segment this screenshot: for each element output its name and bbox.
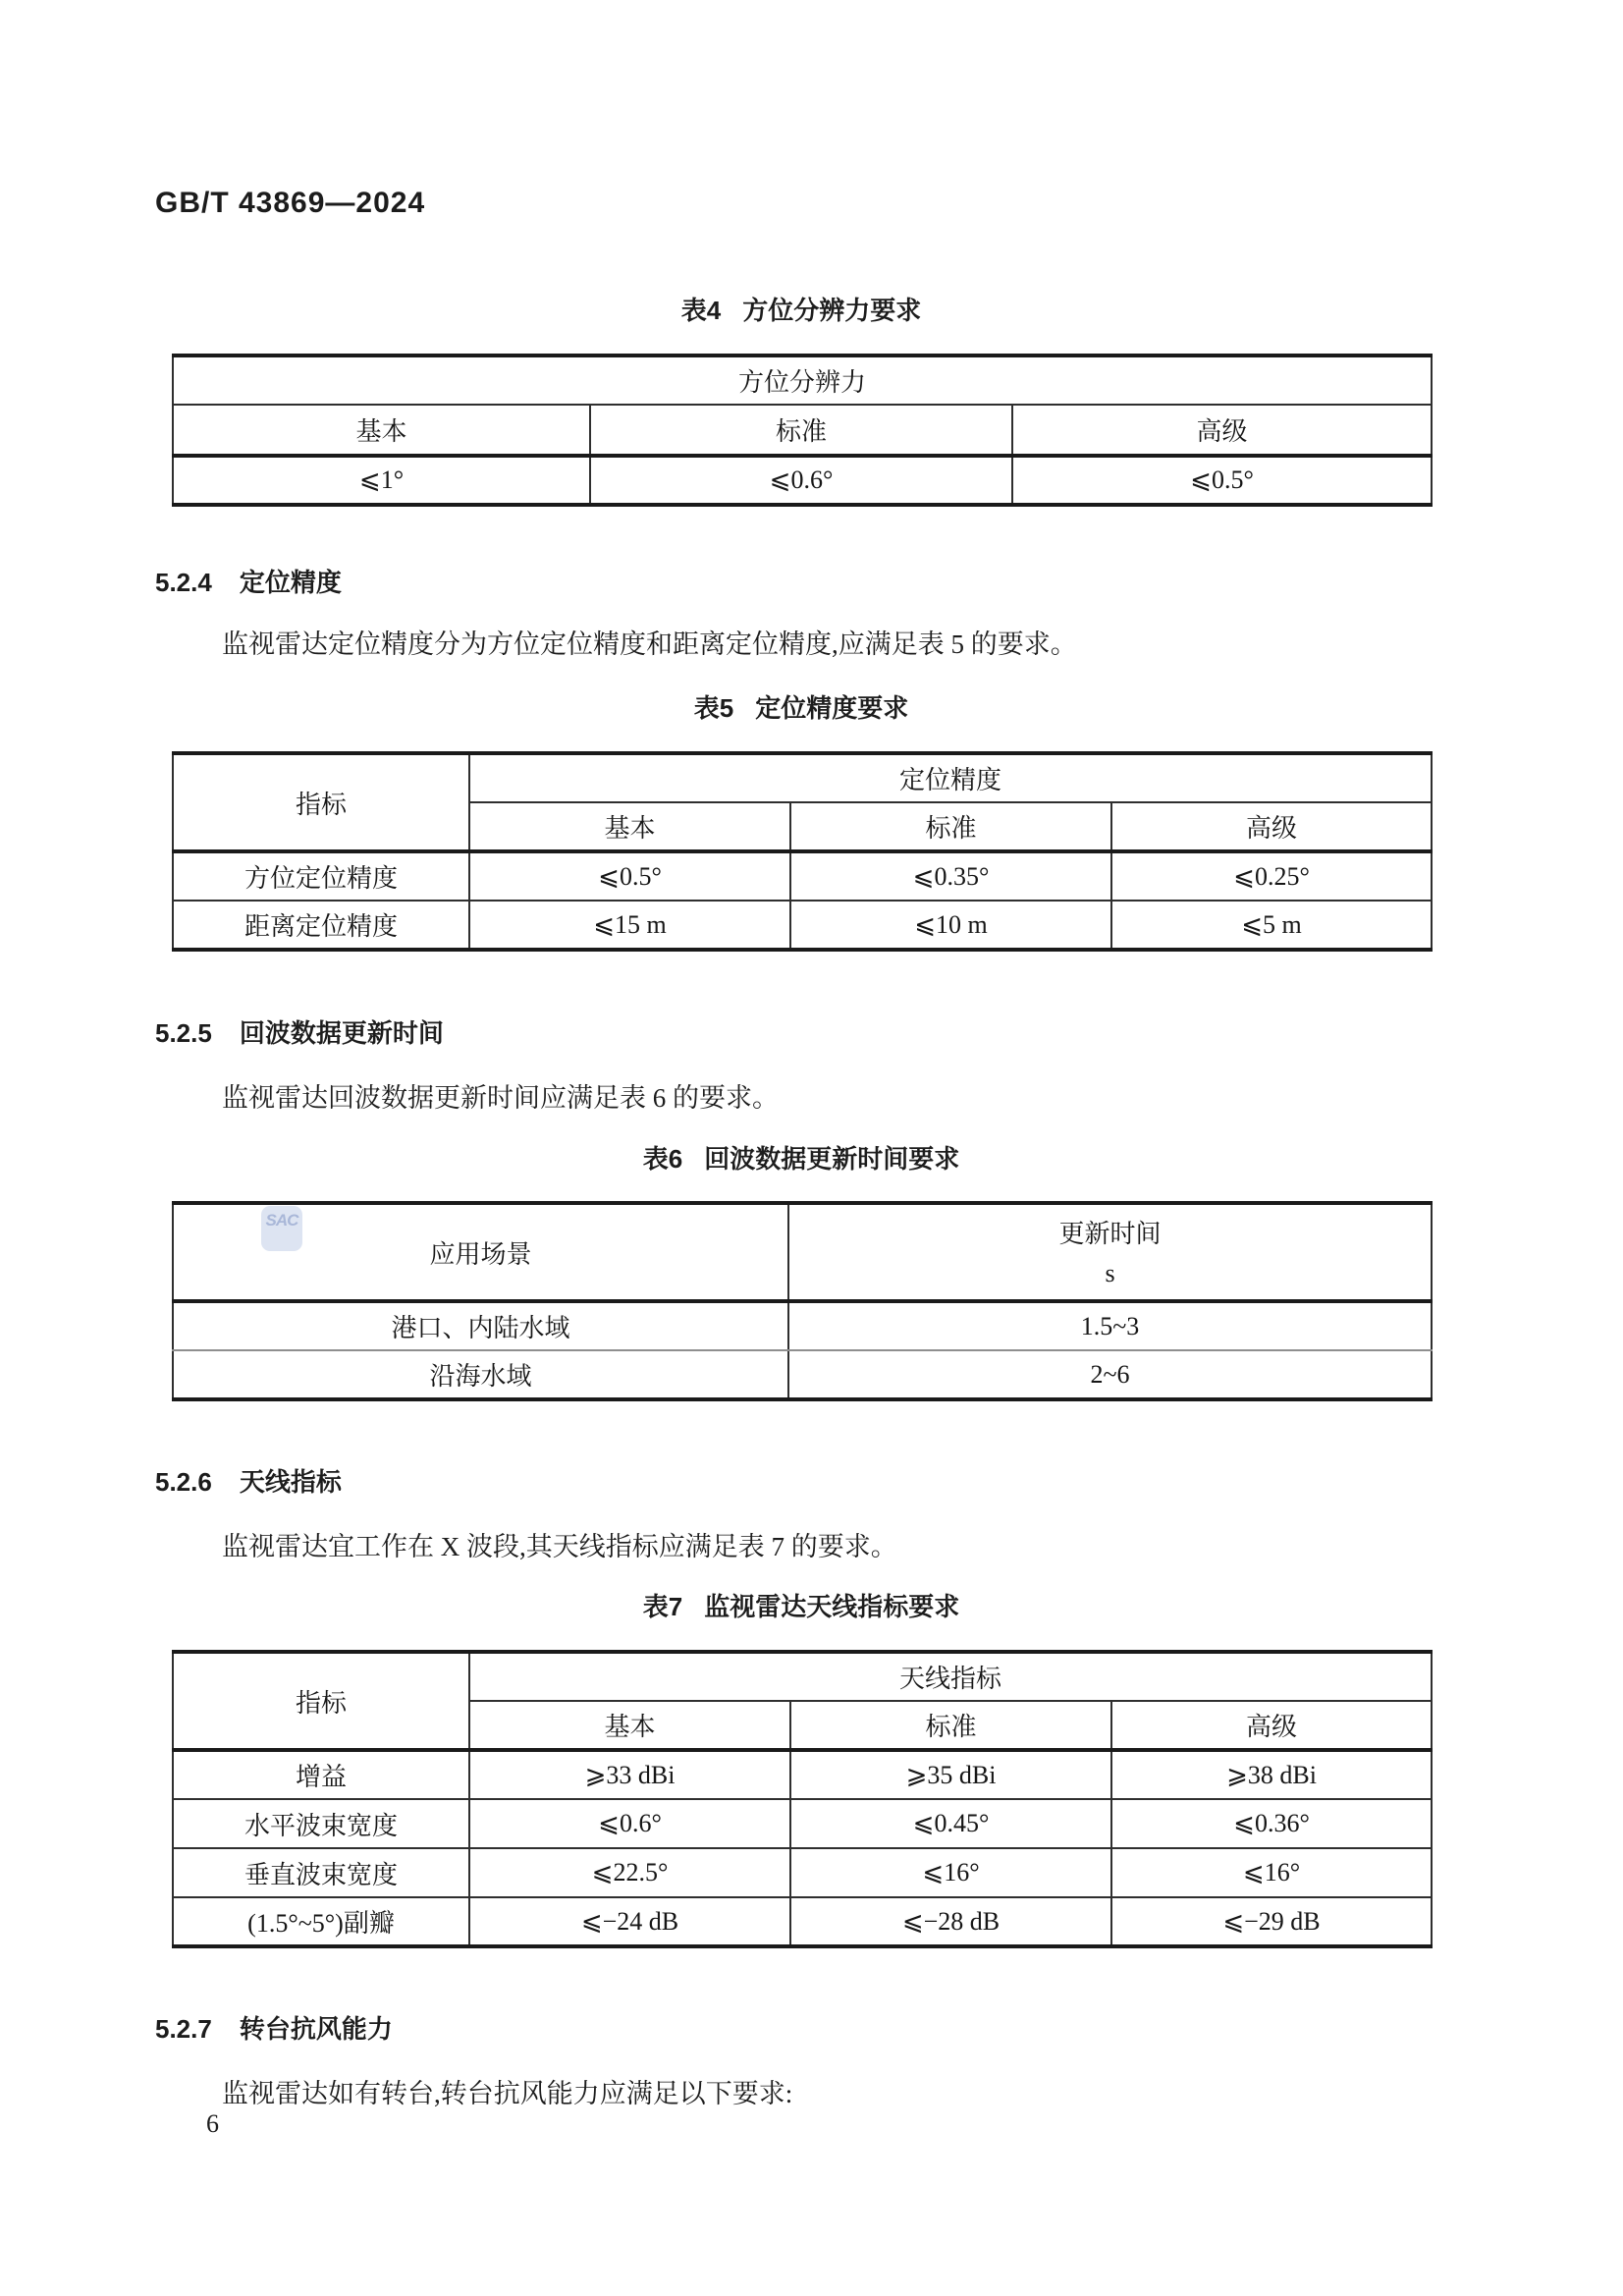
table7-row2-basic: ⩽0.6°	[469, 1799, 790, 1848]
table5-group-header: 定位精度	[469, 753, 1432, 802]
section-number: 5.2.7	[155, 2014, 212, 2044]
table7-row4-standard: ⩽−28 dB	[790, 1897, 1111, 1946]
table6-caption-label: 表6	[643, 1144, 682, 1174]
table4-caption-label: 表4	[681, 296, 721, 325]
table7-row1-advanced: ⩾38 dBi	[1111, 1750, 1432, 1799]
table4-value-basic: ⩽1°	[173, 456, 590, 505]
section-number: 5.2.4	[155, 568, 212, 597]
table7-row1-basic: ⩾33 dBi	[469, 1750, 790, 1799]
table5-row1-advanced: ⩽0.25°	[1111, 851, 1432, 901]
table6-update-time-unit: s	[789, 1261, 1431, 1286]
table5-row2-advanced: ⩽5 m	[1111, 901, 1432, 950]
table5-positioning-accuracy: 指标 定位精度 基本 标准 高级 方位定位精度 ⩽0.5° ⩽0.35° ⩽0.…	[172, 751, 1433, 952]
section-paragraph-5-2-4: 监视雷达定位精度分为方位定位精度和距离定位精度,应满足表 5 的要求。	[222, 623, 1077, 661]
table7-row4-label: (1.5°~5°)副瓣	[173, 1897, 469, 1946]
table4-value-advanced: ⩽0.5°	[1012, 456, 1432, 505]
table-row: 方位定位精度 ⩽0.5° ⩽0.35° ⩽0.25°	[173, 851, 1432, 901]
table4-col-advanced: 高级	[1012, 405, 1432, 456]
table7-corner-header: 指标	[173, 1652, 469, 1750]
section-title: 回波数据更新时间	[240, 1018, 444, 1048]
table7-group-header: 天线指标	[469, 1652, 1432, 1701]
table5-col-basic: 基本	[469, 802, 790, 851]
table4-group-header: 方位分辨力	[173, 355, 1432, 405]
table7-row4-advanced: ⩽−29 dB	[1111, 1897, 1432, 1946]
section-number: 5.2.5	[155, 1018, 212, 1048]
table5-corner-header: 指标	[173, 753, 469, 851]
section-number: 5.2.6	[155, 1467, 212, 1497]
table6-col-update-time: 更新时间 s	[788, 1203, 1432, 1301]
section-paragraph-5-2-5: 监视雷达回波数据更新时间应满足表 6 的要求。	[222, 1076, 779, 1115]
table7-row3-label: 垂直波束宽度	[173, 1848, 469, 1897]
section-heading-5-2-5: 5.2.5回波数据更新时间	[155, 1013, 444, 1050]
page-number: 6	[206, 2109, 219, 2139]
table7-row1-standard: ⩾35 dBi	[790, 1750, 1111, 1799]
table7-col-basic: 基本	[469, 1701, 790, 1750]
table4-column-header-row: 基本 标准 高级	[173, 405, 1432, 456]
table-row: (1.5°~5°)副瓣 ⩽−24 dB ⩽−28 dB ⩽−29 dB	[173, 1897, 1432, 1946]
table4-caption: 表4方位分辨力要求	[172, 291, 1431, 327]
table7-row3-advanced: ⩽16°	[1111, 1848, 1432, 1897]
section-heading-5-2-6: 5.2.6天线指标	[155, 1462, 342, 1499]
section-paragraph-5-2-6: 监视雷达宜工作在 X 波段,其天线指标应满足表 7 的要求。	[222, 1525, 897, 1563]
standard-number: GB/T 43869—2024	[155, 187, 425, 220]
table7-row2-label: 水平波束宽度	[173, 1799, 469, 1848]
table4-azimuth-resolution: 方位分辨力 基本 标准 高级 ⩽1° ⩽0.6° ⩽0.5°	[172, 354, 1433, 507]
table6-update-time: 应用场景 更新时间 s 港口、内陆水域 1.5~3 沿海水域 2~6	[172, 1201, 1433, 1401]
table4-caption-title: 方位分辨力要求	[742, 296, 921, 325]
table5-row2-label: 距离定位精度	[173, 901, 469, 950]
table5-row2-standard: ⩽10 m	[790, 901, 1111, 950]
table-row: 港口、内陆水域 1.5~3	[173, 1301, 1432, 1350]
table6-caption: 表6回波数据更新时间要求	[172, 1139, 1431, 1175]
document-page: GB/T 43869—2024 表4方位分辨力要求 方位分辨力 基本 标准 高级…	[0, 0, 1623, 2296]
table5-row1-basic: ⩽0.5°	[469, 851, 790, 901]
table7-row4-basic: ⩽−24 dB	[469, 1897, 790, 1946]
table-row: 增益 ⩾33 dBi ⩾35 dBi ⩾38 dBi	[173, 1750, 1432, 1799]
section-paragraph-5-2-7: 监视雷达如有转台,转台抗风能力应满足以下要求:	[222, 2072, 792, 2110]
section-heading-5-2-4: 5.2.4定位精度	[155, 563, 342, 599]
table-row: 距离定位精度 ⩽15 m ⩽10 m ⩽5 m	[173, 901, 1432, 950]
table4-col-standard: 标准	[590, 405, 1012, 456]
table7-col-standard: 标准	[790, 1701, 1111, 1750]
table6-col-scenario: 应用场景	[173, 1203, 788, 1301]
table6-row1-label: 港口、内陆水域	[173, 1301, 788, 1350]
table6-row2-label: 沿海水域	[173, 1350, 788, 1399]
table7-row3-basic: ⩽22.5°	[469, 1848, 790, 1897]
section-title: 定位精度	[240, 568, 342, 597]
section-heading-5-2-7: 5.2.7转台抗风能力	[155, 2009, 393, 2046]
section-title: 转台抗风能力	[240, 2014, 393, 2044]
table7-row2-standard: ⩽0.45°	[790, 1799, 1111, 1848]
table5-caption: 表5定位精度要求	[172, 688, 1431, 725]
table5-col-advanced: 高级	[1111, 802, 1432, 851]
table-row: 沿海水域 2~6	[173, 1350, 1432, 1399]
table5-col-standard: 标准	[790, 802, 1111, 851]
table4-col-basic: 基本	[173, 405, 590, 456]
table7-antenna-specs: 指标 天线指标 基本 标准 高级 增益 ⩾33 dBi ⩾35 dBi ⩾38 …	[172, 1650, 1433, 1948]
table7-caption: 表7监视雷达天线指标要求	[172, 1587, 1431, 1623]
table6-row2-value: 2~6	[788, 1350, 1432, 1399]
table7-caption-title: 监视雷达天线指标要求	[704, 1592, 959, 1621]
table6-caption-title: 回波数据更新时间要求	[704, 1144, 959, 1174]
table6-row1-value: 1.5~3	[788, 1301, 1432, 1350]
table5-row1-label: 方位定位精度	[173, 851, 469, 901]
table-row: ⩽1° ⩽0.6° ⩽0.5°	[173, 456, 1432, 505]
table5-row1-standard: ⩽0.35°	[790, 851, 1111, 901]
table5-row2-basic: ⩽15 m	[469, 901, 790, 950]
table5-caption-label: 表5	[694, 693, 733, 723]
table7-row3-standard: ⩽16°	[790, 1848, 1111, 1897]
table4-value-standard: ⩽0.6°	[590, 456, 1012, 505]
table-row: 水平波束宽度 ⩽0.6° ⩽0.45° ⩽0.36°	[173, 1799, 1432, 1848]
table5-caption-title: 定位精度要求	[755, 693, 908, 723]
table7-row2-advanced: ⩽0.36°	[1111, 1799, 1432, 1848]
table7-caption-label: 表7	[643, 1592, 682, 1621]
table7-row1-label: 增益	[173, 1750, 469, 1799]
table6-header-row: 应用场景 更新时间 s	[173, 1203, 1432, 1301]
section-title: 天线指标	[240, 1467, 342, 1497]
table6-update-time-label: 更新时间	[789, 1222, 1431, 1247]
table7-col-advanced: 高级	[1111, 1701, 1432, 1750]
table-row: 垂直波束宽度 ⩽22.5° ⩽16° ⩽16°	[173, 1848, 1432, 1897]
